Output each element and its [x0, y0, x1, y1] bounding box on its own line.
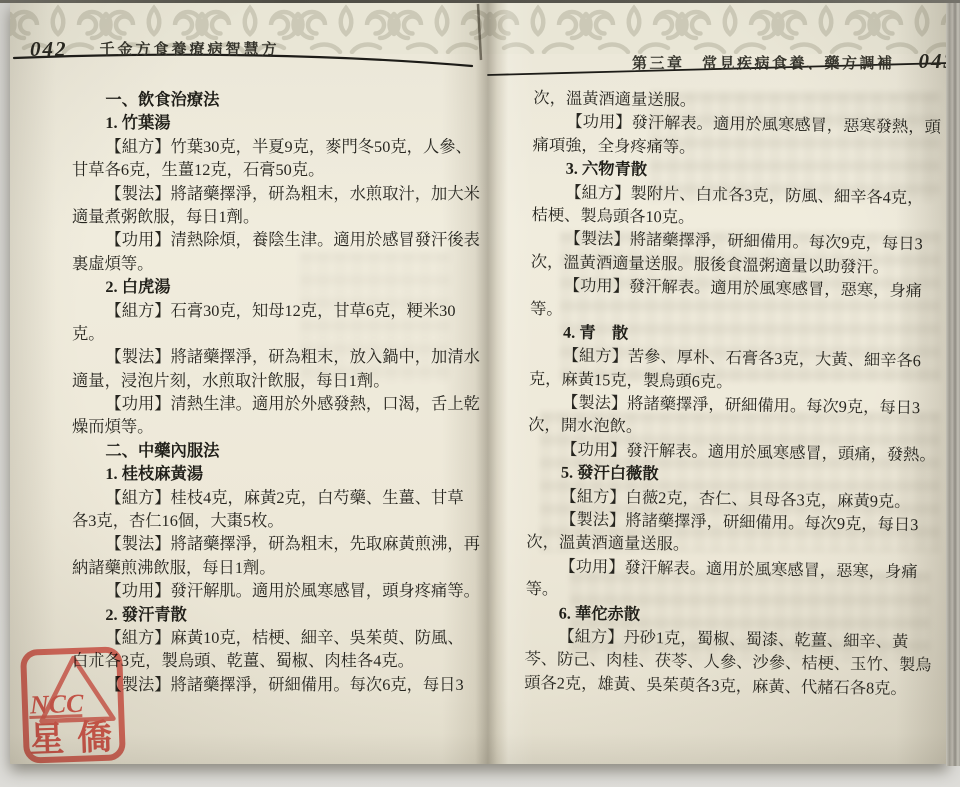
watermark-stamp: NCC 星僑 — [18, 644, 128, 768]
text-line: 【功用】發汗解肌。適用於風寒感冒，頭身疼痛等。 — [72, 579, 474, 602]
text-line: 【製法】將諸藥擇淨，研為粗末，先取麻黃煎沸，再 — [72, 532, 474, 555]
text-line: 【組方】桂枝4克，麻黃2克，白芍藥、生薑、甘草 — [72, 486, 474, 509]
text-line: 1. 桂枝麻黃湯 — [72, 462, 474, 485]
text-line: 【製法】將諸藥擇淨，研為粗末，放入鍋中，加清水 — [72, 345, 474, 368]
text-line: 【製法】將諸藥擇淨，研細備用。每次6克，每日3 — [72, 673, 474, 696]
text-line: 1. 竹葉湯 — [72, 111, 474, 134]
text-line: 二、中藥內服法 — [72, 439, 474, 462]
text-line: 克。 — [72, 322, 474, 345]
text-line: 【功用】清熱生津。適用於外感發熱，口渴，舌上乾 — [72, 392, 474, 415]
running-head-left: 042 千金方食養療病智慧方 — [30, 37, 280, 62]
text-line: 適量煮粥飲服，每日1劑。 — [72, 205, 474, 228]
text-line: 各3克，杏仁16個，大棗5枚。 — [72, 509, 474, 532]
stamp-underline — [29, 716, 82, 718]
left-page-text: 一、飲食治療法1. 竹葉湯【組方】竹葉30克，半夏9克，麥門冬50克，人參、甘草… — [72, 88, 474, 696]
text-line: 適量，浸泡片刻，水煎取汁飲服，每日1劑。 — [72, 369, 474, 392]
text-line: 一、飲食治療法 — [72, 88, 474, 111]
page-number-left: 042 — [30, 37, 68, 61]
stamp-xingqiao-text: 星僑 — [28, 717, 125, 759]
open-book: 042 千金方食養療病智慧方 第三章 常見疾病食養、藥方調補 043 一、飲食治… — [10, 2, 948, 764]
running-head-right: 第三章 常見疾病食養、藥方調補 043 — [632, 49, 956, 74]
text-line: 【組方】石膏30克，知母12克，甘草6克，粳米30 — [72, 299, 474, 322]
text-line: 【製法】將諸藥擇淨，研為粗末，水煎取汁，加大米 — [72, 182, 474, 205]
text-line: 2. 白虎湯 — [72, 275, 474, 298]
chapter-title: 第三章 常見疾病食養、藥方調補 — [632, 56, 895, 72]
book-photo: 042 千金方食養療病智慧方 第三章 常見疾病食養、藥方調補 043 一、飲食治… — [0, 0, 960, 787]
text-line: 【組方】麻黃10克，桔梗、細辛、吳茱萸、防風、 — [72, 626, 474, 649]
book-top-edge — [0, 0, 960, 3]
running-title: 千金方食養療病智慧方 — [100, 42, 280, 58]
text-line: 甘草各6克，生薑12克，石膏50克。 — [72, 158, 474, 181]
text-line: 【組方】竹葉30克，半夏9克，麥門冬50克，人參、 — [72, 135, 474, 158]
text-line: 【功用】清熱除煩，養陰生津。適用於感冒發汗後表 — [72, 228, 474, 251]
text-line: 納諸藥煎沸飲服，每日1劑。 — [72, 556, 474, 579]
right-page-text: 次，溫黃酒適量送服。【功用】發汗解表。適用於風寒感冒，惡寒發熱，頭痛項強，全身疼… — [524, 86, 960, 701]
page-edge-stack — [946, 2, 960, 766]
text-line: 燥而煩等。 — [72, 415, 474, 438]
text-line: 2. 發汗青散 — [72, 603, 474, 626]
text-line: 白朮各3克，製烏頭、乾薑、蜀椒、肉桂各4克。 — [72, 649, 474, 672]
text-line: 裏虛煩等。 — [72, 252, 474, 275]
